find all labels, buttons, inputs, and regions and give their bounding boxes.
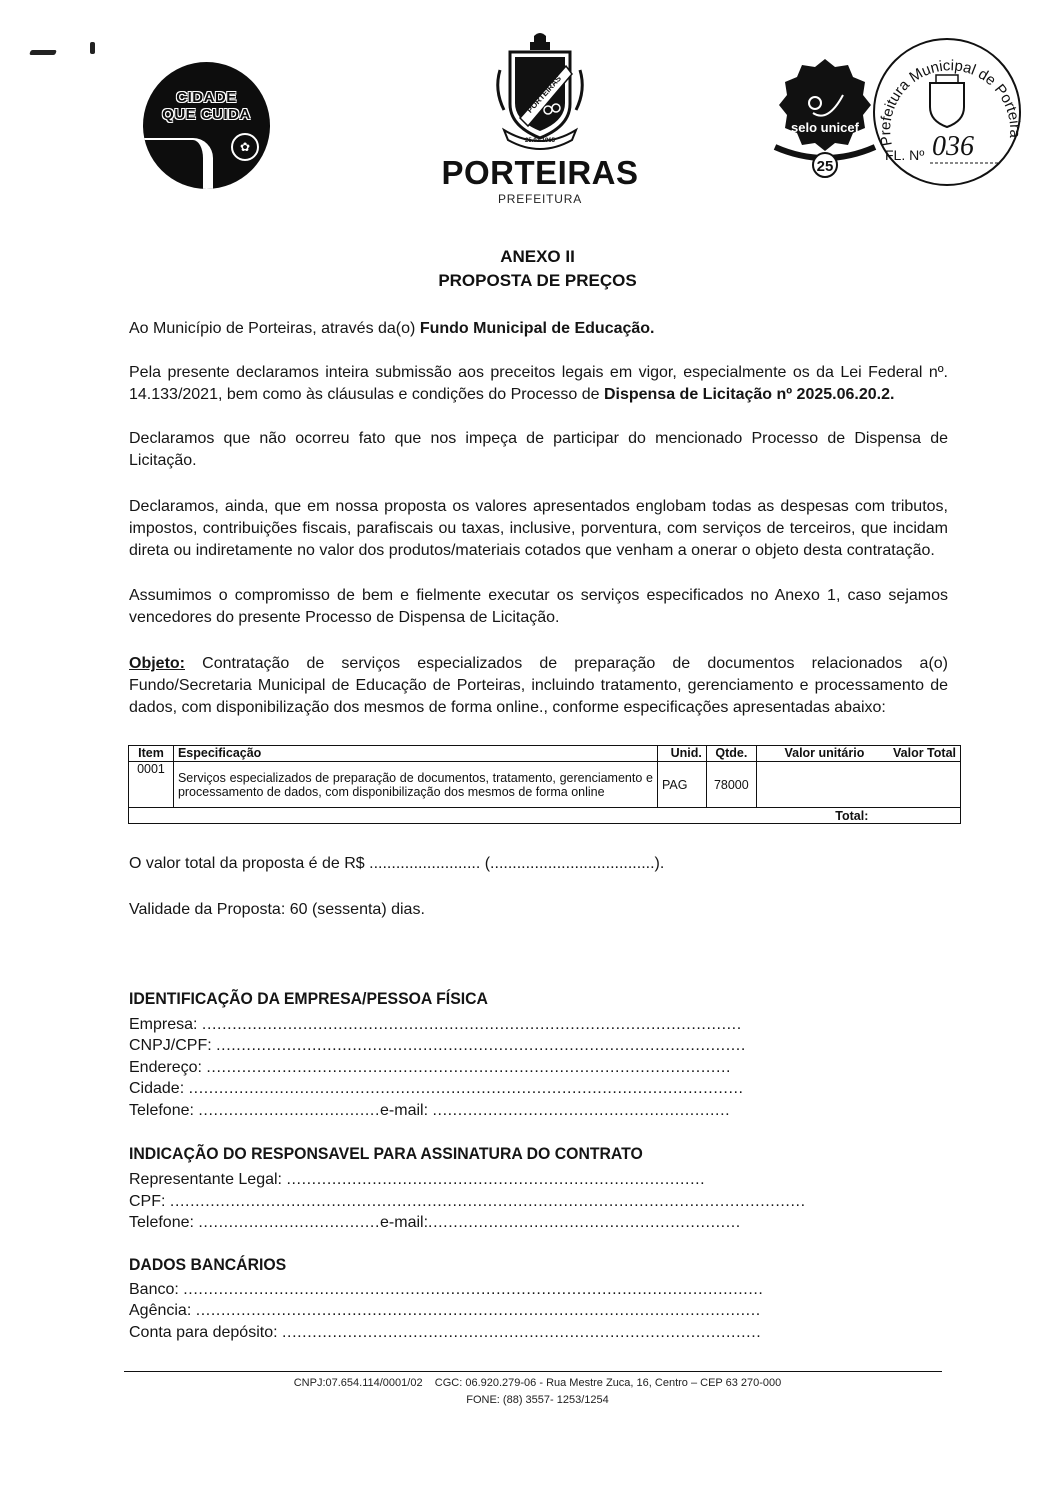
- company-heading: IDENTIFICAÇÃO DA EMPRESA/PESSOA FÍSICA: [129, 989, 488, 1009]
- logo-text: CIDADE QUE CUIDA: [143, 89, 270, 123]
- submission-paragraph: Pela presente declaramos inteira submiss…: [129, 362, 948, 406]
- field-banco[interactable]: Banco: .................................…: [129, 1279, 763, 1300]
- municipality-subtitle: PREFEITURA: [430, 192, 650, 206]
- costs-paragraph: Declaramos, ainda, que em nossa proposta…: [129, 496, 948, 562]
- object-paragraph: Objeto: Contratação de serviços especial…: [129, 653, 948, 719]
- municipal-page-stamp-icon: Prefeitura Municipal de Porteiras FL. Nº…: [870, 35, 1025, 190]
- fill-dots: ........................................…: [206, 1059, 731, 1076]
- field-label: e-mail:: [380, 1102, 428, 1119]
- field-conta[interactable]: Conta para depósito: ...................…: [129, 1322, 761, 1343]
- total-label: Total:: [756, 808, 868, 824]
- field-label: Telefone:: [129, 1214, 194, 1231]
- field-label: CPF:: [129, 1193, 165, 1210]
- field-representante[interactable]: Representante Legal: ...................…: [129, 1169, 705, 1190]
- footer-divider: [124, 1371, 942, 1372]
- field-label: Endereço:: [129, 1059, 202, 1076]
- cell-item: 0001: [129, 762, 174, 808]
- cell-qtde: 78000: [706, 762, 756, 808]
- field-agencia[interactable]: Agência: ...............................…: [129, 1300, 761, 1321]
- col-spec: Especificação: [173, 746, 657, 762]
- commitment-paragraph: Assumimos o compromisso de bem e fielmen…: [129, 585, 948, 629]
- svg-text:selo unicef: selo unicef: [791, 120, 860, 135]
- field-label: Conta para depósito:: [129, 1324, 278, 1341]
- emblem-icon: ✿: [231, 133, 259, 161]
- addressee-paragraph: Ao Município de Porteiras, através da(o)…: [129, 318, 948, 340]
- field-label: CNPJ/CPF:: [129, 1037, 212, 1054]
- porteiras-coat-of-arms-icon: PORTEIRAS 25.03.1965: [490, 30, 590, 155]
- validity-line: Validade da Proposta: 60 (sessenta) dias…: [129, 901, 425, 919]
- footer-address: CNPJ:07.654.114/0001/02 CGC: 06.920.279-…: [0, 1377, 1058, 1389]
- signer-heading: INDICAÇÃO DO RESPONSAVEL PARA ASSINATURA…: [129, 1144, 643, 1164]
- total-spacer: [129, 808, 757, 824]
- fill-dots: ........................................…: [196, 1302, 761, 1319]
- col-unit-value: Valor unitário: [756, 746, 868, 762]
- field-label: Banco:: [129, 1281, 179, 1298]
- col-item: Item: [129, 746, 174, 762]
- scan-artifact: [90, 42, 95, 54]
- total-value[interactable]: [868, 808, 960, 824]
- field-label: Agência:: [129, 1302, 191, 1319]
- svg-text:25: 25: [817, 158, 834, 175]
- field-empresa[interactable]: Empresa: ...............................…: [129, 1014, 742, 1035]
- bank-heading: DADOS BANCÁRIOS: [129, 1255, 286, 1275]
- fill-dots: ........................................…: [433, 1102, 731, 1119]
- table-row: 0001 Serviços especializados de preparaç…: [129, 762, 961, 808]
- municipality-name: PORTEIRAS: [430, 154, 650, 192]
- selo-unicef-badge-icon: selo unicef 25: [765, 55, 885, 180]
- p1-text: Ao Município de Porteiras, através da(o): [129, 320, 420, 337]
- annex-label: ANEXO II: [0, 247, 1058, 267]
- field-label: Telefone:: [129, 1102, 194, 1119]
- cell-spec: Serviços especializados de preparação de…: [173, 762, 657, 808]
- fill-dots: ........................................…: [216, 1037, 746, 1054]
- fill-dots: ........................................…: [202, 1016, 742, 1033]
- field-label: e-mail:: [380, 1214, 428, 1231]
- svg-text:FL. Nº: FL. Nº: [885, 147, 924, 163]
- fill-dots: ........................................…: [183, 1281, 763, 1298]
- cell-unit-value[interactable]: [756, 762, 868, 808]
- svg-text:25.03.1965: 25.03.1965: [525, 138, 556, 144]
- table-header-row: Item Especificação Unid. Qtde. Valor uni…: [129, 746, 961, 762]
- fill-dots: ........................................…: [286, 1171, 705, 1188]
- col-qtde: Qtde.: [706, 746, 756, 762]
- col-total-value: Valor Total: [868, 746, 960, 762]
- no-impediment-paragraph: Declaramos que não ocorreu fato que nos …: [129, 428, 948, 472]
- field-cnpj-cpf[interactable]: CNPJ/CPF: ..............................…: [129, 1035, 746, 1056]
- logo-curve-shape: [143, 138, 213, 189]
- fill-dots: ....................................: [198, 1102, 380, 1119]
- object-label: Objeto:: [129, 655, 185, 672]
- logo-line1: CIDADE: [143, 89, 270, 106]
- cell-total-value[interactable]: [868, 762, 960, 808]
- field-label: Representante Legal:: [129, 1171, 282, 1188]
- fill-dots: ........................................…: [189, 1080, 744, 1097]
- table-total-row: Total:: [129, 808, 961, 824]
- scan-artifact: [29, 50, 57, 55]
- footer-phone: FONE: (88) 3557- 1253/1254: [0, 1394, 1058, 1406]
- fill-dots: ........................................…: [170, 1193, 806, 1210]
- fund-name: Fundo Municipal de Educação.: [420, 320, 655, 337]
- fill-dots: ........................................…: [282, 1324, 761, 1341]
- document-title: PROPOSTA DE PREÇOS: [0, 271, 1058, 291]
- field-label: Cidade:: [129, 1080, 184, 1097]
- field-telefone-email-signer[interactable]: Telefone: ..............................…: [129, 1212, 741, 1233]
- field-endereco[interactable]: Endereço: ..............................…: [129, 1057, 731, 1078]
- field-telefone-email[interactable]: Telefone: ..............................…: [129, 1100, 730, 1121]
- cell-unid: PAG: [657, 762, 706, 808]
- object-text: Contratação de serviços especializados d…: [129, 655, 948, 716]
- field-label: Empresa:: [129, 1016, 197, 1033]
- field-cpf[interactable]: CPF: ...................................…: [129, 1191, 806, 1212]
- col-unid: Unid.: [657, 746, 706, 762]
- process-number: Dispensa de Licitação nº 2025.06.20.2.: [604, 386, 894, 403]
- total-proposal-line: O valor total da proposta é de R$ ......…: [129, 855, 664, 873]
- field-cidade[interactable]: Cidade: ................................…: [129, 1078, 744, 1099]
- cidade-que-cuida-logo: CIDADE QUE CUIDA ✿: [143, 62, 270, 189]
- svg-text:036: 036: [932, 131, 974, 162]
- logo-line2: QUE CUIDA: [143, 106, 270, 123]
- price-table: Item Especificação Unid. Qtde. Valor uni…: [128, 745, 961, 824]
- fill-dots: ....................................: [198, 1214, 380, 1231]
- fill-dots: ........................................…: [428, 1214, 741, 1231]
